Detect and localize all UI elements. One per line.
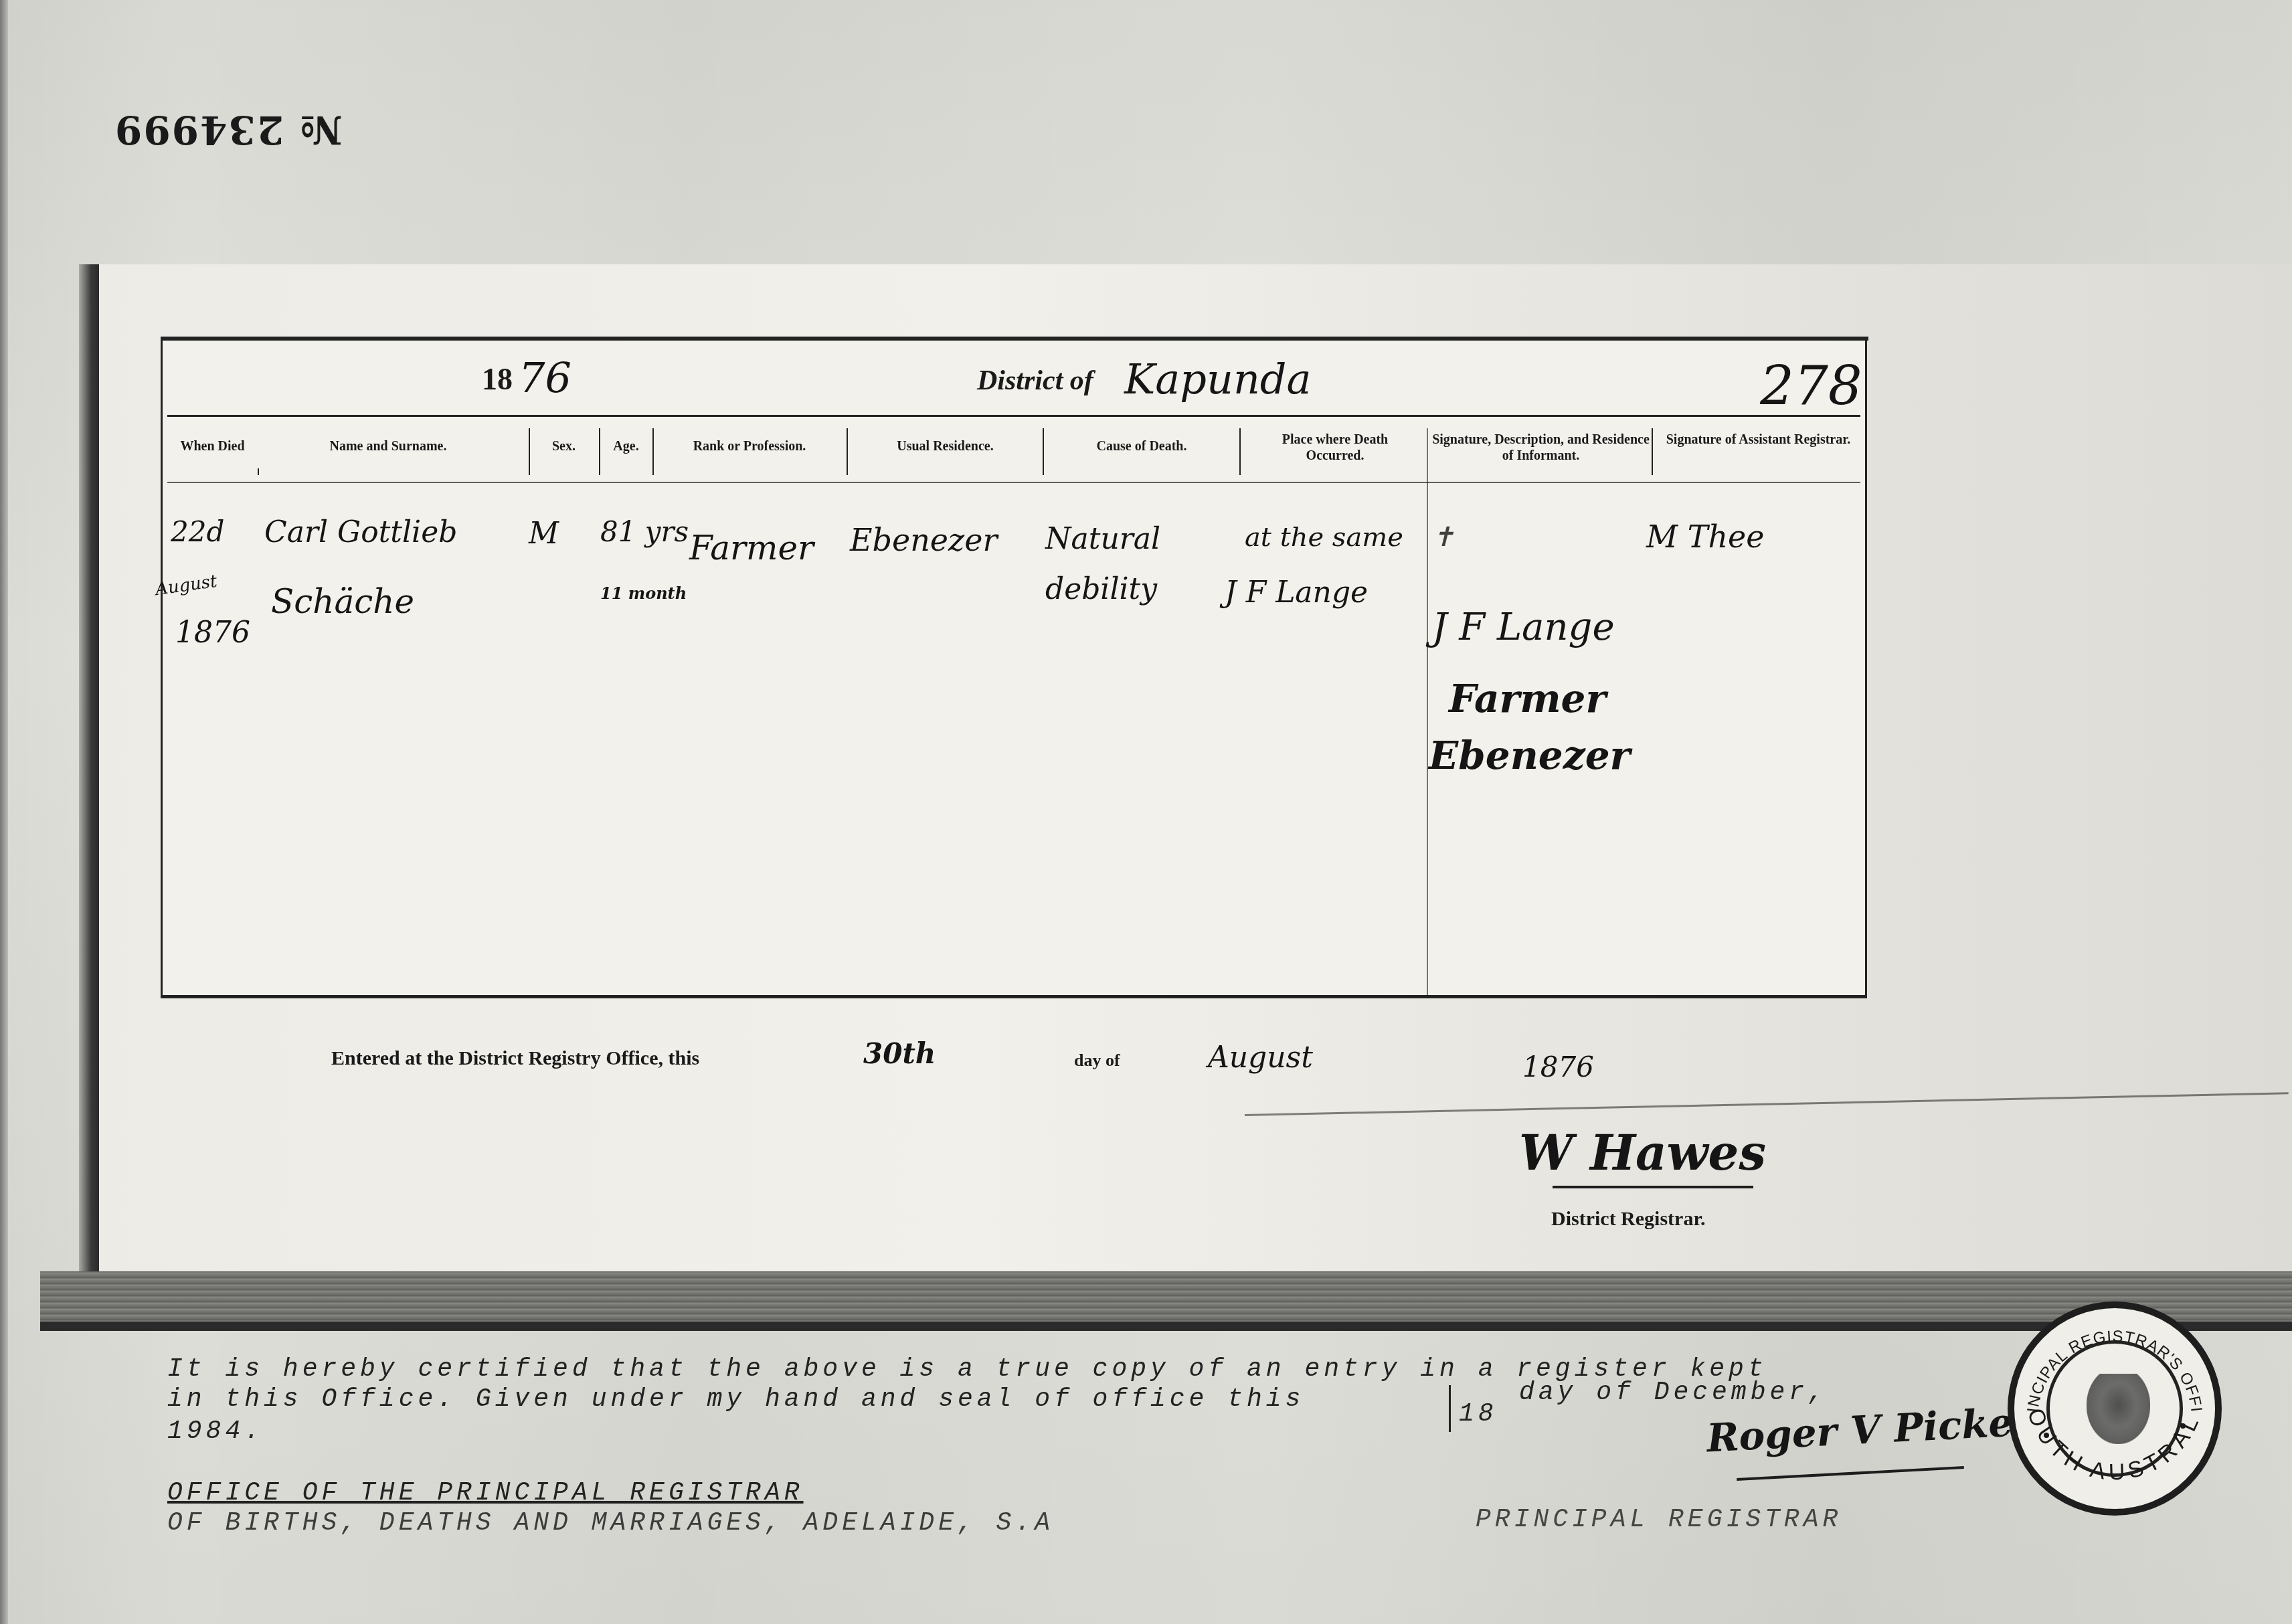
year-printed: 18 — [482, 361, 513, 397]
official-seal: PRINCIPAL REGISTRAR'S OFFICE SOUTH AUSTR… — [2008, 1301, 2222, 1516]
scan-edge — [0, 0, 8, 1624]
entry-number: 278 — [1760, 355, 1862, 417]
col-header-informant: Signature, Description, and Residence of… — [1432, 432, 1650, 464]
col-divider — [847, 428, 848, 475]
deceased-given-names: Carl Gottlieb — [264, 515, 457, 549]
deceased-surname: Schäche — [271, 582, 414, 621]
informant-signature: J F Lange — [1432, 606, 1615, 649]
age-years: 81 yrs — [600, 515, 689, 548]
certification-year: 1984. — [167, 1417, 264, 1446]
principal-registrar-title: PRINCIPAL REGISTRAR — [1476, 1506, 1842, 1534]
signature-underline — [1553, 1186, 1753, 1188]
entered-day: 30th — [863, 1037, 936, 1070]
district-registrar-title: District Registrar. — [1551, 1208, 1705, 1231]
divider-rule — [40, 1322, 2292, 1331]
district-name: Kapunda — [1124, 355, 1311, 403]
col-header-residence: Usual Residence. — [850, 438, 1041, 454]
col-divider — [1427, 428, 1428, 997]
col-header-assistant-registrar: Signature of Assistant Registrar. — [1656, 432, 1860, 448]
col-divider — [258, 468, 259, 475]
col-divider — [1652, 428, 1653, 475]
col-header-place: Place where Death Occurred. — [1251, 432, 1419, 464]
certification-line2a: in this Office. Given under my hand and … — [167, 1385, 1304, 1414]
header-rule-top — [167, 415, 1860, 417]
when-died-day: 22d — [171, 515, 224, 548]
header-rule-bottom — [167, 482, 1860, 483]
entered-prefix: Entered at the District Registry Office,… — [331, 1047, 699, 1070]
col-header-sex: Sex. — [532, 438, 596, 454]
certification-line2b: day of December, — [1519, 1378, 1828, 1407]
cause-of-death-line2: debility — [1045, 572, 1157, 606]
serial-number: № 234999 — [114, 107, 342, 153]
table-left-border — [161, 338, 163, 997]
office-line2: OF BIRTHS, DEATHS AND MARRIAGES, ADELAID… — [167, 1509, 1054, 1538]
col-header-age: Age. — [601, 438, 651, 454]
district-label: District of — [977, 365, 1093, 397]
cause-of-death-line1: Natural — [1045, 522, 1160, 556]
place-of-death-line1: at the same — [1245, 522, 1403, 553]
office-line1: OFFICE OF THE PRINCIPAL REGISTRAR — [167, 1479, 804, 1508]
entered-year: 1876 — [1522, 1051, 1594, 1083]
table-right-border — [1865, 338, 1867, 997]
age-months: 11 month — [600, 583, 687, 603]
year-handwritten: 76 — [519, 353, 571, 402]
when-died-year: 1876 — [175, 616, 250, 650]
assistant-registrar-signature: M Thee — [1646, 519, 1764, 555]
col-divider — [652, 428, 654, 475]
usual-residence: Ebenezer — [850, 522, 998, 558]
table-top-rule — [161, 337, 1868, 341]
certification-day: 18 — [1459, 1400, 1498, 1429]
entered-day-of: day of — [1074, 1051, 1120, 1071]
col-divider — [1043, 428, 1044, 475]
table-bottom-rule — [161, 995, 1867, 998]
form-shadow-edge — [79, 264, 99, 1275]
col-divider — [599, 428, 600, 475]
informant-residence: Ebenezer — [1429, 733, 1630, 778]
svg-text:PRINCIPAL REGISTRAR'S OFFICE: PRINCIPAL REGISTRAR'S OFFICE — [2008, 1301, 2206, 1413]
seal-text-ring: PRINCIPAL REGISTRAR'S OFFICE SOUTH AUSTR… — [2008, 1301, 2222, 1516]
deceased-sex: M — [529, 517, 559, 551]
col-divider — [1239, 428, 1241, 475]
col-header-cause: Cause of Death. — [1045, 438, 1238, 454]
district-registrar-signature: W Hawes — [1519, 1124, 1766, 1181]
entered-month: August — [1208, 1041, 1313, 1075]
informant-mark: ✝ — [1432, 522, 1455, 553]
rank-profession: Farmer — [689, 529, 814, 567]
col-header-when-died: When Died — [167, 438, 258, 454]
seal-top-text: PRINCIPAL REGISTRAR'S OFFICE — [2008, 1301, 2206, 1413]
place-of-death-line2: J F Lange — [1225, 575, 1368, 610]
informant-occupation: Farmer — [1449, 676, 1606, 721]
col-header-rank: Rank or Profession. — [656, 438, 843, 454]
col-header-name: Name and Surname. — [281, 438, 495, 454]
date-box-edge — [1449, 1385, 1451, 1432]
col-divider — [529, 428, 530, 475]
scan-shadow-band — [40, 1271, 2292, 1324]
